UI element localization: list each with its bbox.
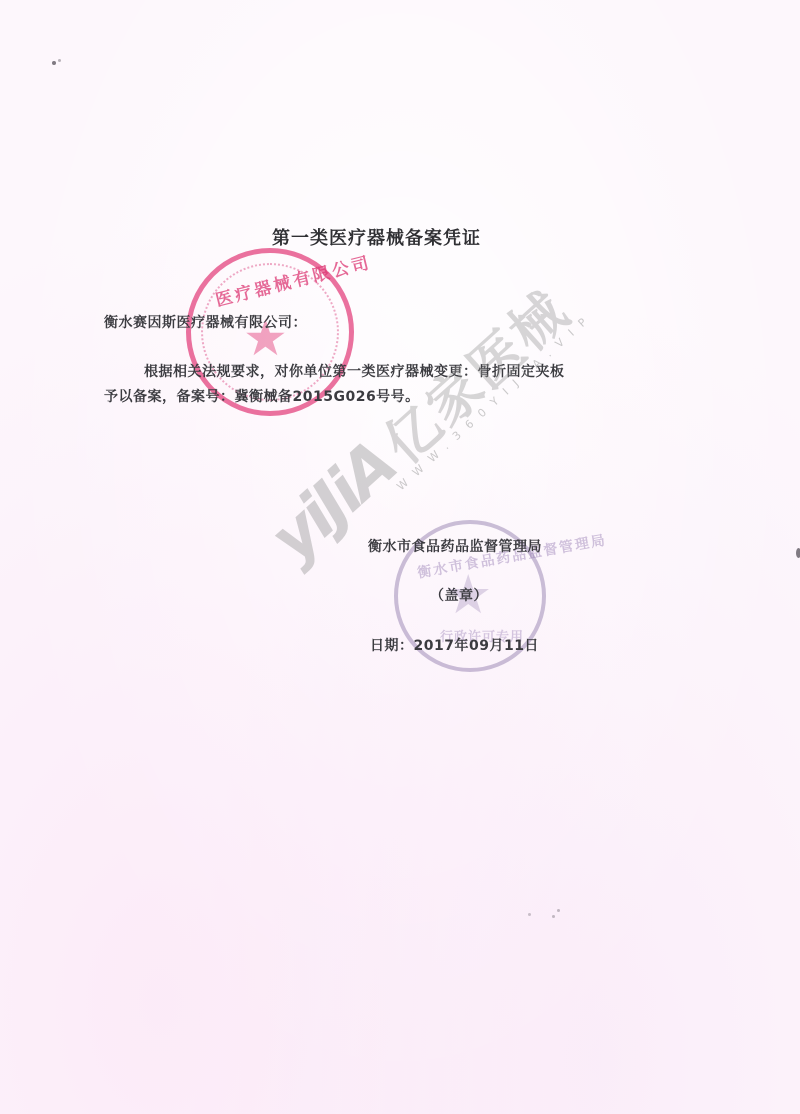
issuing-agency: 衡水市食品药品监督管理局 bbox=[368, 536, 542, 556]
addressee: 衡水赛因斯医疗器械有限公司： bbox=[104, 312, 307, 332]
scan-speck bbox=[552, 915, 555, 918]
body-paragraph-line-1: 根据相关法规要求，对你单位第一类医疗器械变更：骨折固定夹板 bbox=[144, 361, 565, 381]
scan-speck bbox=[557, 909, 560, 912]
scan-speck bbox=[796, 548, 800, 558]
paper-background bbox=[0, 0, 800, 1114]
document-title: 第一类医疗器械备案凭证 bbox=[272, 224, 481, 250]
scan-speck bbox=[58, 59, 61, 62]
seal-note: （盖章） bbox=[430, 585, 488, 605]
body-paragraph-line-2: 予以备案，备案号：冀衡械备2015G026号号。 bbox=[104, 386, 420, 406]
issue-date: 日期：2017年09月11日 bbox=[370, 635, 539, 655]
scan-speck bbox=[528, 913, 531, 916]
scan-speck bbox=[52, 61, 56, 65]
